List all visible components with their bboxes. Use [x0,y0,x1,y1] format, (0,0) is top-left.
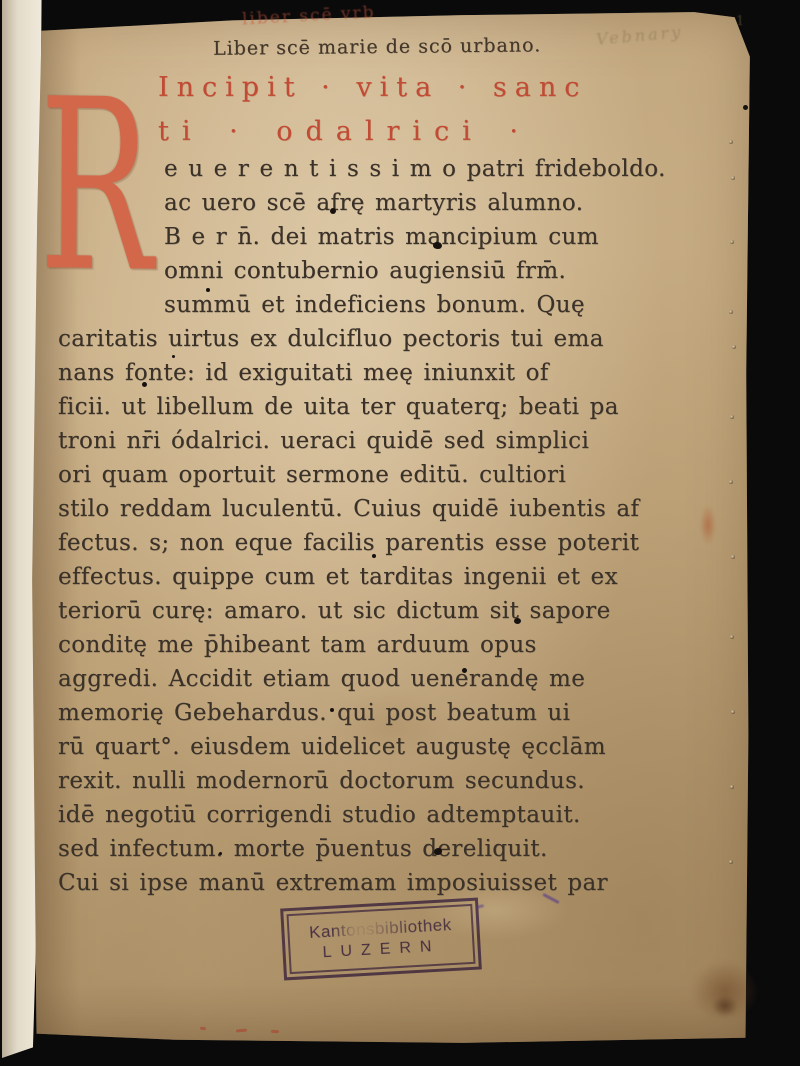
ink-spot [462,668,467,673]
pricking-hole [730,785,734,789]
pricking-hole [730,415,734,419]
text-line: ori quam oportuit sermone editū. cultior… [58,462,658,496]
library-stamp-inner-border: Kantonsbibliothek LUZERN [286,904,475,974]
ink-spot [330,208,336,214]
manuscript-photo-page: { "header": { "faded_red_offset": "liber… [0,0,800,1066]
library-stamp: Kantonsbibliothek LUZERN [280,898,482,981]
text-line: troni nr̄i ódalrici. ueraci quidē sed si… [58,428,658,462]
folio-mark: 1 [736,14,744,29]
stamp-city: LUZERN [322,938,441,963]
pricking-hole [729,860,733,864]
text-line: ficii. ut libellum de uita ter quaterq; … [58,394,658,428]
text-line: ac uero scē afrę martyris alumno. [58,190,658,224]
ink-spot [142,382,147,387]
text-line: omni contubernio augiensiū frm̄. [58,258,658,292]
text-block: e u e r e n t i s s i m o patri fridebol… [58,156,658,904]
ink-spot [743,105,748,110]
text-line: aggredi. Accidit etiam quod uenerandę me [58,666,658,700]
text-line: fectus. s; non eque facilis parentis ess… [58,530,658,564]
text-line: memorię Gebehardus. qui post beatum ui [58,700,658,734]
text-line: summū et indeficiens bonum. Quę [58,292,658,326]
ink-spot [514,618,521,624]
text-line: Cui si ipse manū extremam imposiuisset p… [58,870,658,904]
pricking-hole [731,555,735,559]
pricking-hole [730,240,734,244]
text-line: conditę me p̄hibeant tam arduum opus [58,632,658,666]
text-line: idē negotiū corrigendi studio adtemptaui… [58,802,658,836]
red-offset-mark [200,1027,206,1031]
ink-spot [433,242,442,249]
text-line: sed infectum. morte p̄uentus dereliquit. [58,836,658,870]
text-line: stilo reddam luculentū. Cuius quidē iube… [58,496,658,530]
ink-spot [434,848,442,855]
text-line: B e r n̄. dei matris mancipium cum [58,224,658,258]
pricking-hole [732,345,736,349]
text-line: teriorū curę: amaro. ut sic dictum sit s… [58,598,658,632]
pricking-hole [731,710,735,714]
text-line: rexit. nulli modernorū doctorum secundus… [58,768,658,802]
ink-spot [330,708,334,712]
text-line: effectus. quippe cum et tarditas ingenii… [58,564,658,598]
rubric-line-1: Incipit · vita · sanc [158,72,587,103]
pricking-hole [730,635,734,639]
pricking-hole [731,176,735,180]
text-line: rū quart°. eiusdem uidelicet augustę ęcc… [58,734,658,768]
pricking-hole [729,310,733,314]
ink-spot [172,355,175,358]
text-line: nans fonte: id exiguitati meę iniunxit o… [58,360,658,394]
ink-spot [372,554,376,558]
pricking-hole [729,480,733,484]
text-line: caritatis uirtus ex dulcifluo pectoris t… [58,326,658,360]
rubric-line-2: ti · odalrici · [158,116,531,147]
ink-spot [219,852,222,855]
pricking-hole [729,140,733,144]
text-line: e u e r e n t i s s i m o patri fridebol… [58,156,658,190]
ownership-inscription: Liber scē marie de scō urbano. [213,34,541,59]
ink-spot [206,288,210,292]
red-offset-mark [271,1030,279,1034]
